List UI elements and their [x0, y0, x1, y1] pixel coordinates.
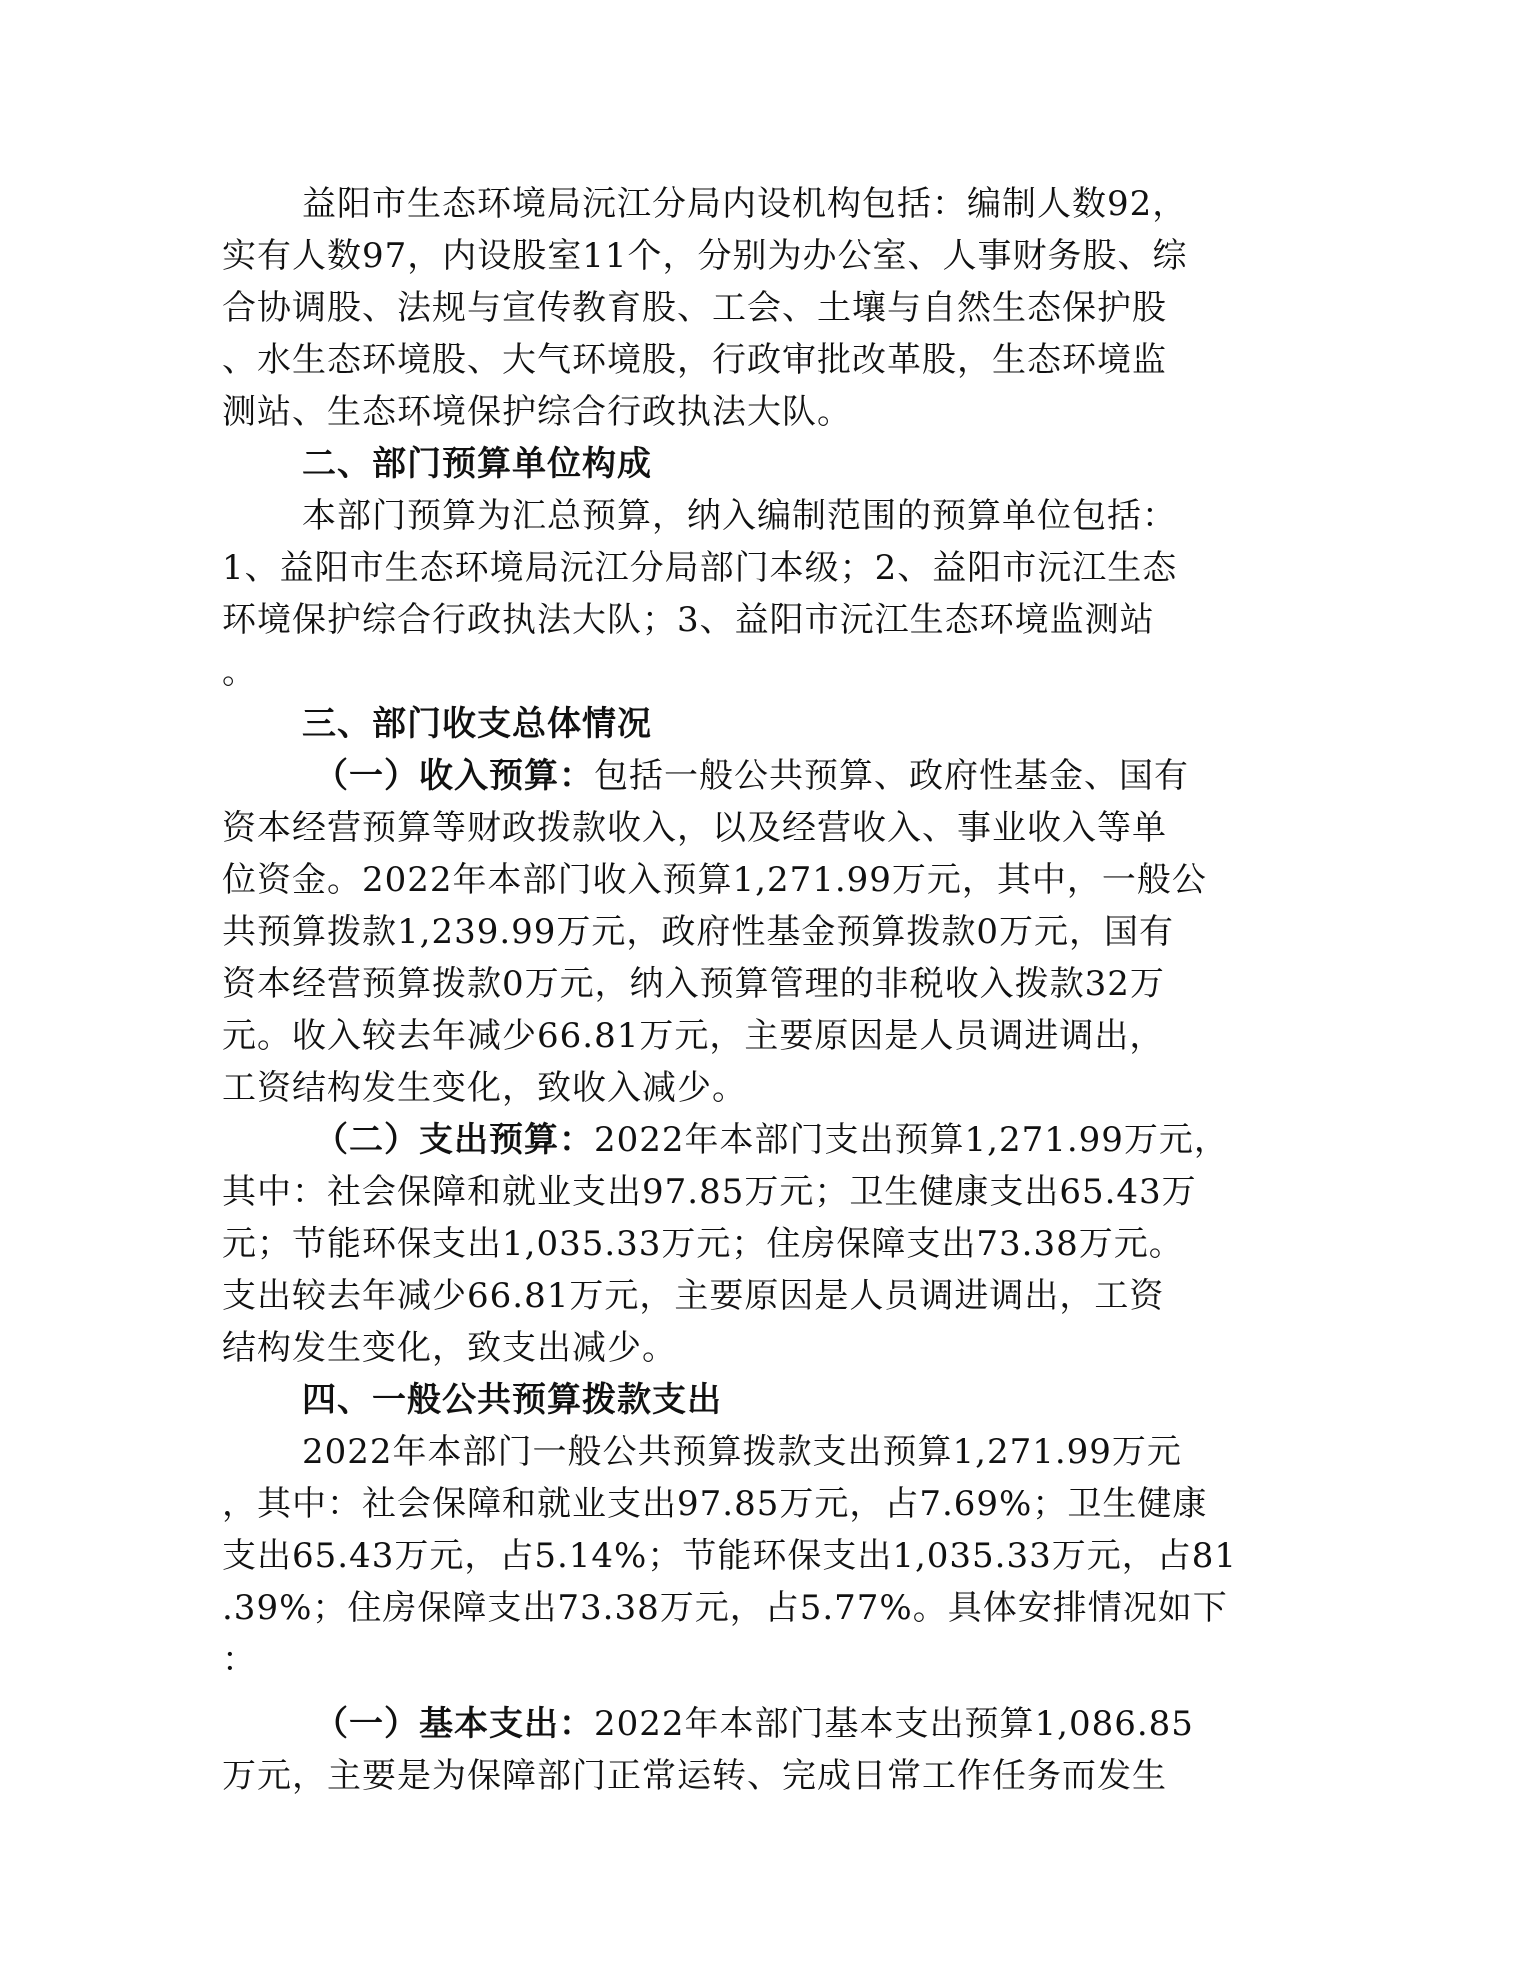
paragraph-line: 合协调股、法规与宣传教育股、工会、土壤与自然生态保护股	[222, 284, 1312, 332]
paragraph-line: 、水生态环境股、大气环境股，行政审批改革股，生态环境监	[222, 336, 1312, 384]
paragraph-line: ：	[222, 1636, 1312, 1684]
paragraph-line: 万元，主要是为保障部门正常运转、完成日常工作任务而发生	[222, 1752, 1312, 1800]
paragraph-line: .39%；住房保障支出73.38万元，占5.77%。具体安排情况如下	[222, 1584, 1312, 1632]
subheading-basic-expense: （一）基本支出：	[314, 1704, 594, 1744]
paragraph-line: 共预算拨款1,239.99万元，政府性基金预算拨款0万元，国有	[222, 908, 1312, 956]
paragraph-line: 工资结构发生变化，致收入减少。	[222, 1064, 1312, 1112]
paragraph-line: 资本经营预算等财政拨款收入，以及经营收入、事业收入等单	[222, 804, 1312, 852]
paragraph-line: 实有人数97，内设股室11个，分别为办公室、人事财务股、综	[222, 232, 1312, 280]
paragraph-line: ，其中：社会保障和就业支出97.85万元，占7.69%；卫生健康	[222, 1480, 1312, 1528]
paragraph-line: 元；节能环保支出1,035.33万元；住房保障支出73.38万元。	[222, 1220, 1312, 1268]
paragraph-line: 环境保护综合行政执法大队；3、益阳市沅江生态环境监测站	[222, 596, 1312, 644]
paragraph-line: 测站、生态环境保护综合行政执法大队。	[222, 388, 1312, 436]
paragraph-line: 本部门预算为汇总预算，纳入编制范围的预算单位包括：	[222, 492, 1392, 540]
paragraph-line: 其中：社会保障和就业支出97.85万元；卫生健康支出65.43万	[222, 1168, 1312, 1216]
section-heading-2: 二、部门预算单位构成	[222, 440, 1392, 488]
paragraph-line: （二）支出预算：2022年本部门支出预算1,271.99万元，	[222, 1116, 1404, 1164]
paragraph-line: 1、益阳市生态环境局沅江分局部门本级；2、益阳市沅江生态	[222, 544, 1312, 592]
paragraph-line: 支出较去年减少66.81万元，主要原因是人员调进调出，工资	[222, 1272, 1312, 1320]
paragraph-line: 结构发生变化，致支出减少。	[222, 1324, 1312, 1372]
line-text: 包括一般公共预算、政府性基金、国有	[594, 756, 1189, 796]
paragraph-line: 益阳市生态环境局沅江分局内设机构包括：编制人数92，	[222, 180, 1392, 228]
line-text: 2022年本部门支出预算1,271.99万元，	[594, 1120, 1229, 1160]
section-heading-3: 三、部门收支总体情况	[222, 700, 1392, 748]
paragraph-line: 元。收入较去年减少66.81万元，主要原因是人员调进调出，	[222, 1012, 1312, 1060]
section-heading-4: 四、一般公共预算拨款支出	[222, 1376, 1392, 1424]
paragraph-line: （一）收入预算：包括一般公共预算、政府性基金、国有	[222, 752, 1404, 800]
line-text: 2022年本部门基本支出预算1,086.85	[594, 1704, 1194, 1744]
paragraph-line: 。	[222, 648, 1312, 696]
subheading-income-budget: （一）收入预算：	[314, 756, 594, 796]
paragraph-line: 位资金。2022年本部门收入预算1,271.99万元，其中，一般公	[222, 856, 1312, 904]
paragraph-line: 资本经营预算拨款0万元，纳入预算管理的非税收入拨款32万	[222, 960, 1312, 1008]
paragraph-line: 2022年本部门一般公共预算拨款支出预算1,271.99万元	[222, 1428, 1392, 1476]
document-page: 益阳市生态环境局沅江分局内设机构包括：编制人数92， 实有人数97，内设股室11…	[0, 0, 1530, 1980]
subheading-expense-budget: （二）支出预算：	[314, 1120, 594, 1160]
paragraph-line: （一）基本支出：2022年本部门基本支出预算1,086.85	[222, 1700, 1404, 1748]
paragraph-line: 支出65.43万元，占5.14%；节能环保支出1,035.33万元，占81	[222, 1532, 1312, 1580]
